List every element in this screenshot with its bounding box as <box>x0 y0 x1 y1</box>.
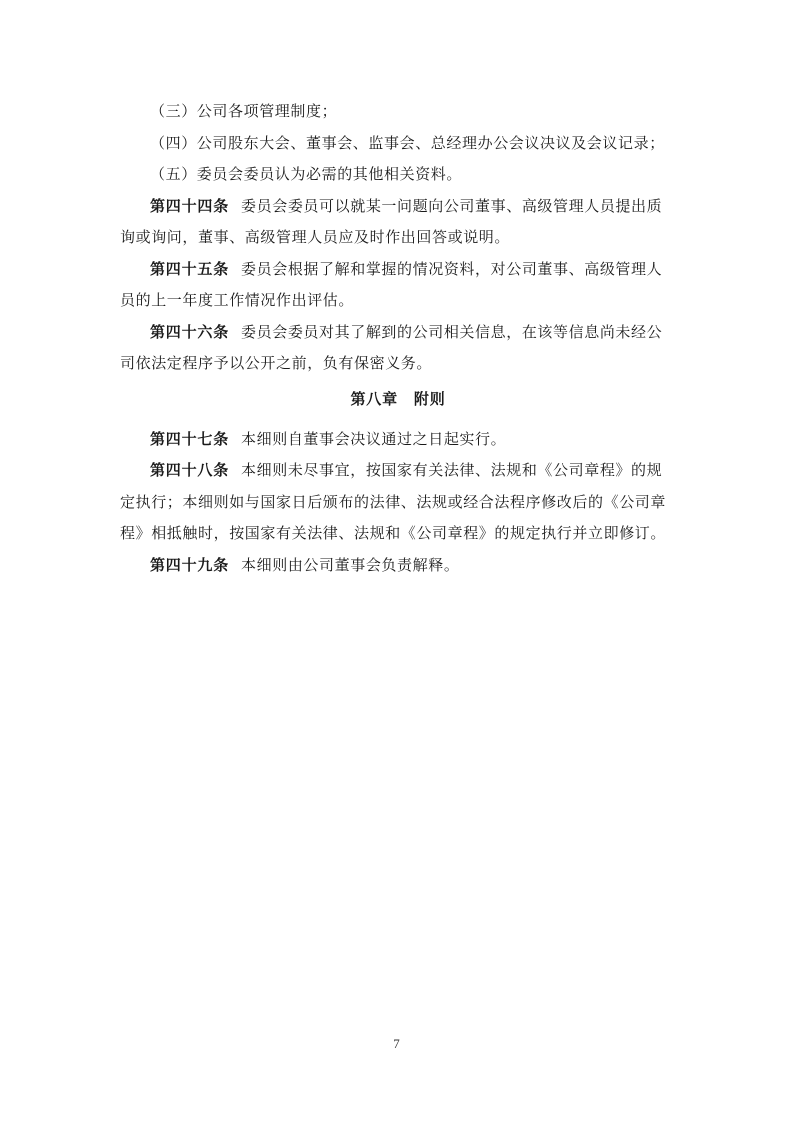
article-48-continuation: 定执行；本细则如与国家日后颁布的法律、法规或经合法程序修改后的《公司章 <box>120 487 676 519</box>
list-item: （三）公司各项管理制度； <box>120 96 676 128</box>
article-46-continuation: 司依法定程序予以公开之前，负有保密义务。 <box>120 348 676 380</box>
document-page: （三）公司各项管理制度； （四）公司股东大会、董事会、监事会、总经理办公会议决议… <box>120 96 676 581</box>
article-text: 委员会委员可以就某一问题向公司董事、高级管理人员提出质 <box>241 197 662 215</box>
article-number: 第四十五条 <box>150 260 229 278</box>
article-number: 第四十九条 <box>150 556 229 574</box>
article-44: 第四十四条委员会委员可以就某一问题向公司董事、高级管理人员提出质 <box>120 191 676 223</box>
article-45: 第四十五条委员会根据了解和掌握的情况资料，对公司董事、高级管理人 <box>120 254 676 286</box>
chapter-heading: 第八章附则 <box>120 384 676 424</box>
article-text: 本细则自董事会决议通过之日起实行。 <box>241 430 506 448</box>
article-text: 本细则由公司董事会负责解释。 <box>241 556 459 574</box>
article-47: 第四十七条本细则自董事会决议通过之日起实行。 <box>120 424 676 456</box>
article-45-continuation: 员的上一年度工作情况作出评估。 <box>120 285 676 317</box>
list-item: （四）公司股东大会、董事会、监事会、总经理办公会议决议及会议记录； <box>120 128 676 160</box>
chapter-number: 第八章 <box>350 390 397 408</box>
article-number: 第四十四条 <box>150 197 229 215</box>
article-number: 第四十六条 <box>150 323 229 341</box>
article-text: 委员会根据了解和掌握的情况资料，对公司董事、高级管理人 <box>241 260 662 278</box>
chapter-title: 附则 <box>414 390 446 408</box>
article-46: 第四十六条委员会委员对其了解到的公司相关信息，在该等信息尚未经公 <box>120 317 676 349</box>
article-text: 委员会委员对其了解到的公司相关信息，在该等信息尚未经公 <box>241 323 662 341</box>
article-44-continuation: 询或询问，董事、高级管理人员应及时作出回答或说明。 <box>120 222 676 254</box>
article-49: 第四十九条本细则由公司董事会负责解释。 <box>120 550 676 582</box>
list-item: （五）委员会委员认为必需的其他相关资料。 <box>120 159 676 191</box>
article-48: 第四十八条本细则未尽事宜，按国家有关法律、法规和《公司章程》的规 <box>120 455 676 487</box>
article-text: 本细则未尽事宜，按国家有关法律、法规和《公司章程》的规 <box>241 461 662 479</box>
article-48-continuation: 程》相抵触时，按国家有关法律、法规和《公司章程》的规定执行并立即修订。 <box>120 518 676 550</box>
page-number: 7 <box>0 1036 793 1052</box>
article-number: 第四十八条 <box>150 461 229 479</box>
article-number: 第四十七条 <box>150 430 229 448</box>
